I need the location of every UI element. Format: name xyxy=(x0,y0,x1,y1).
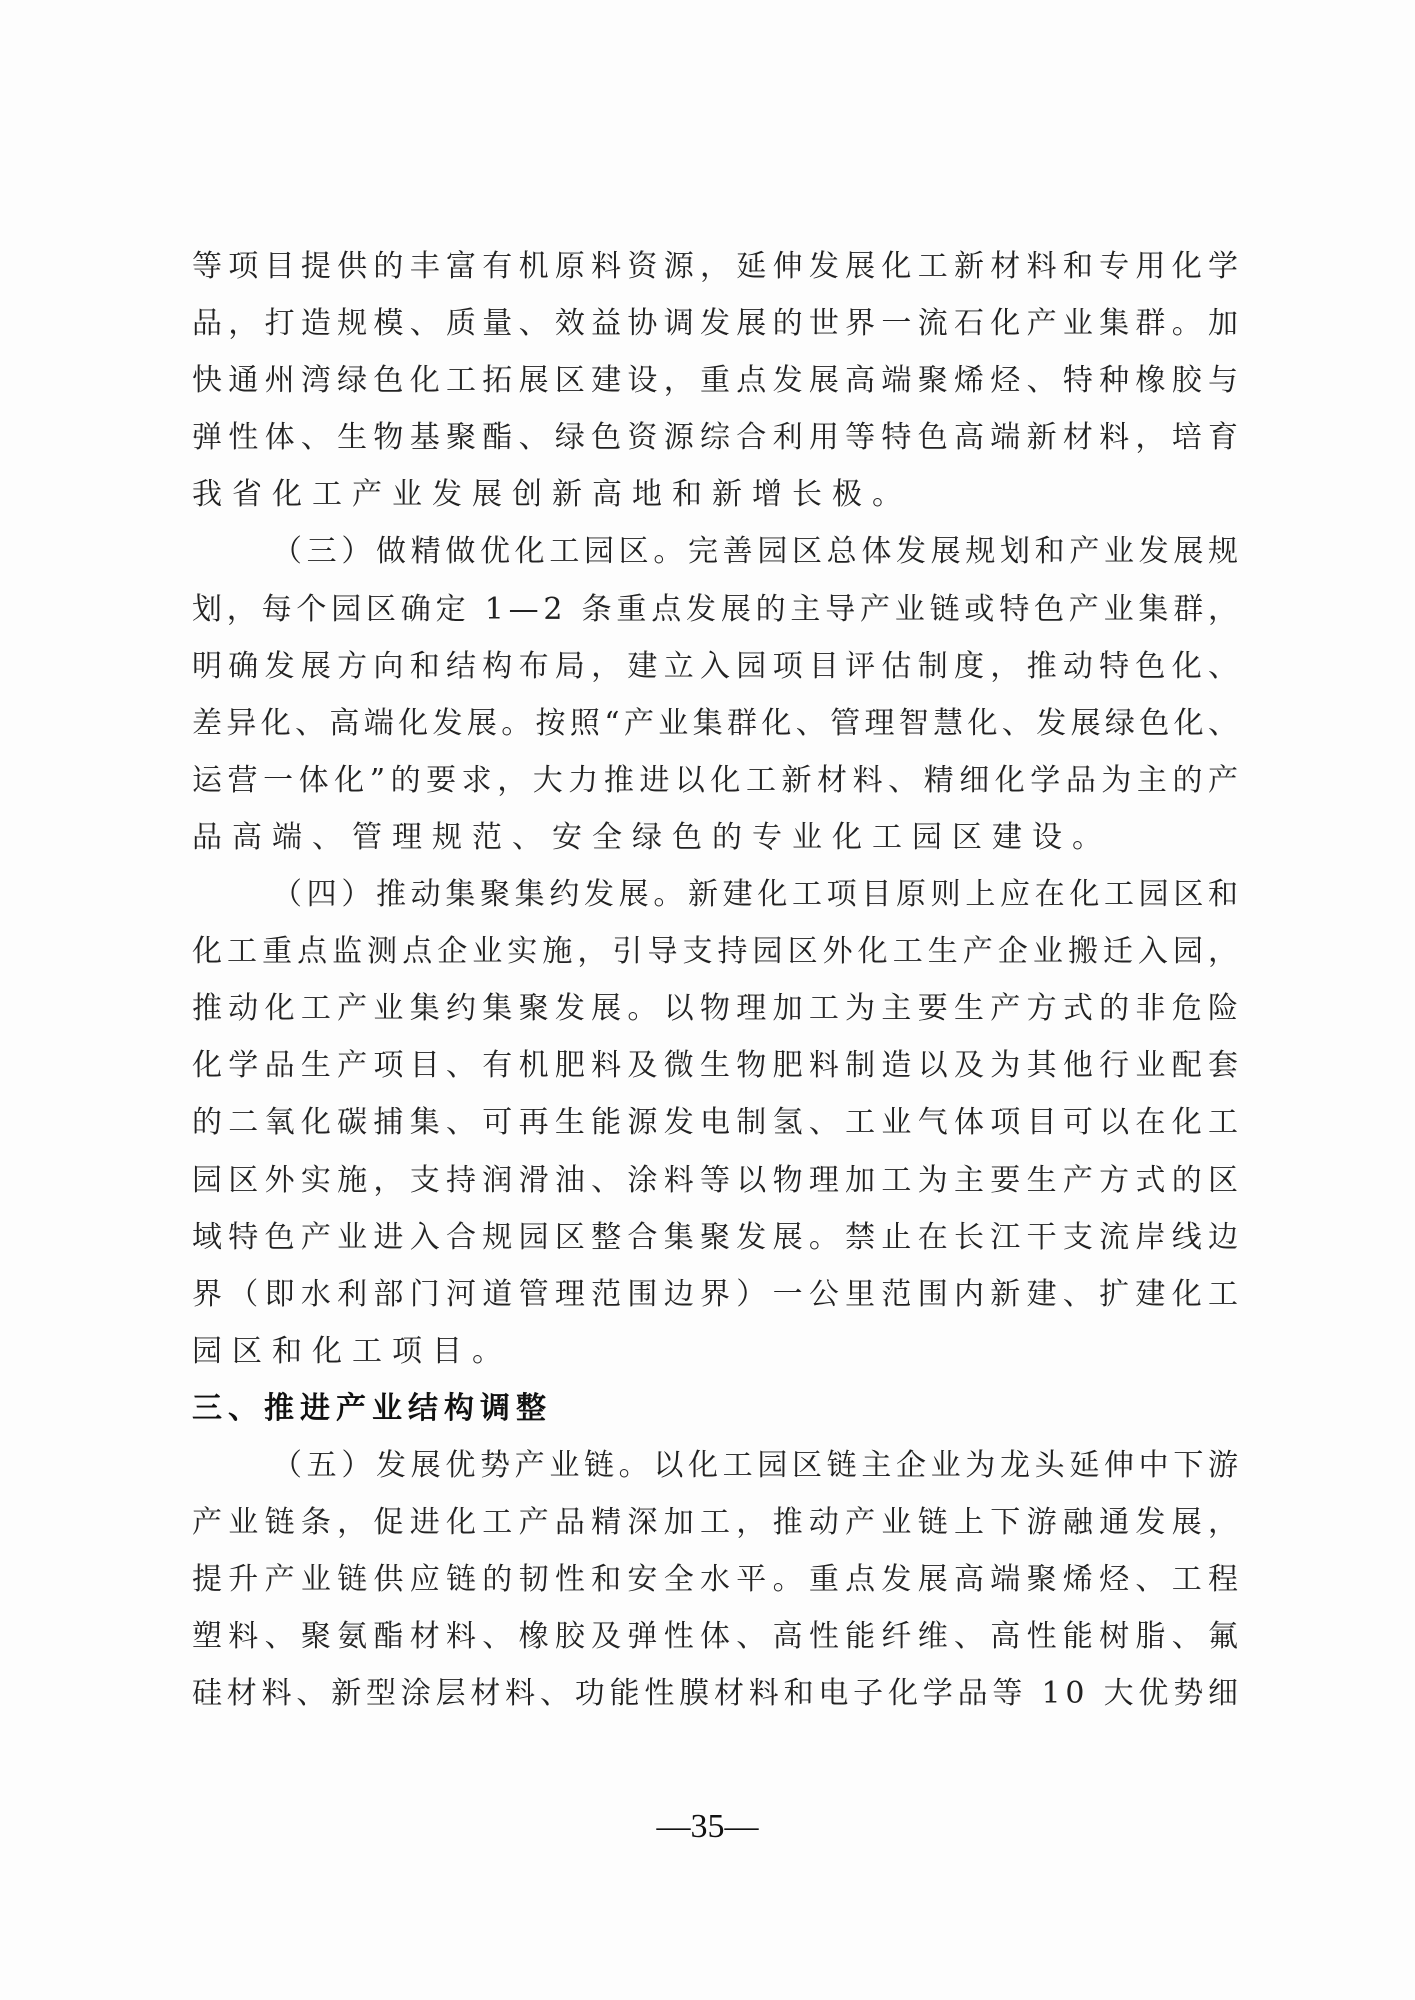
paragraph-line: 等项目提供的丰富有机原料资源，延伸发展化工新材料和专用化学 xyxy=(192,238,1238,295)
paragraph-line: 域特色产业进入合规园区整合集聚发展。禁止在长江干支流岸线边 xyxy=(192,1209,1238,1266)
paragraph-line: 明确发展方向和结构布局，建立入园项目评估制度，推动特色化、 xyxy=(192,638,1238,695)
page-number: —35— xyxy=(0,1808,1415,1846)
paragraph-line: 弹性体、生物基聚酯、绿色资源综合利用等特色高端新材料，培育 xyxy=(192,409,1238,466)
paragraph-line: 化工重点监测点企业实施，引导支持园区外化工生产企业搬迁入园， xyxy=(192,923,1238,980)
paragraph-line-section-3: （三）做精做优化工园区。完善园区总体发展规划和产业发展规 xyxy=(192,523,1238,580)
section-heading: 三、推进产业结构调整 xyxy=(192,1380,1238,1437)
paragraph-line-section-5: （五）发展优势产业链。以化工园区链主企业为龙头延伸中下游 xyxy=(192,1437,1238,1494)
paragraph-line: 品高端、管理规范、安全绿色的专业化工园区建设。 xyxy=(192,809,1238,866)
document-page: 等项目提供的丰富有机原料资源，延伸发展化工新材料和专用化学 品，打造规模、质量、… xyxy=(0,0,1415,2000)
paragraph-line: 我省化工产业发展创新高地和新增长极。 xyxy=(192,466,1238,523)
document-body: 等项目提供的丰富有机原料资源，延伸发展化工新材料和专用化学 品，打造规模、质量、… xyxy=(192,238,1238,1722)
paragraph-line-section-4: （四）推动集聚集约发展。新建化工项目原则上应在化工园区和 xyxy=(192,866,1238,923)
paragraph-line: 差异化、高端化发展。按照“产业集群化、管理智慧化、发展绿色化、 xyxy=(192,695,1238,752)
paragraph-line: 提升产业链供应链的韧性和安全水平。重点发展高端聚烯烃、工程 xyxy=(192,1551,1238,1608)
paragraph-line: 划，每个园区确定 1—2 条重点发展的主导产业链或特色产业集群， xyxy=(192,581,1238,638)
paragraph-line: 塑料、聚氨酯材料、橡胶及弹性体、高性能纤维、高性能树脂、氟 xyxy=(192,1608,1238,1665)
paragraph-line: 快通州湾绿色化工拓展区建设，重点发展高端聚烯烃、特种橡胶与 xyxy=(192,352,1238,409)
paragraph-line: 界（即水利部门河道管理范围边界）一公里范围内新建、扩建化工 xyxy=(192,1266,1238,1323)
paragraph-line: 产业链条，促进化工产品精深加工，推动产业链上下游融通发展， xyxy=(192,1494,1238,1551)
paragraph-line: 化学品生产项目、有机肥料及微生物肥料制造以及为其他行业配套 xyxy=(192,1037,1238,1094)
paragraph-line: 的二氧化碳捕集、可再生能源发电制氢、工业气体项目可以在化工 xyxy=(192,1094,1238,1151)
paragraph-line: 园区和化工项目。 xyxy=(192,1323,1238,1380)
paragraph-line: 硅材料、新型涂层材料、功能性膜材料和电子化学品等 10 大优势细 xyxy=(192,1665,1238,1722)
paragraph-line: 推动化工产业集约集聚发展。以物理加工为主要生产方式的非危险 xyxy=(192,980,1238,1037)
paragraph-line: 品，打造规模、质量、效益协调发展的世界一流石化产业集群。加 xyxy=(192,295,1238,352)
paragraph-line: 园区外实施，支持润滑油、涂料等以物理加工为主要生产方式的区 xyxy=(192,1152,1238,1209)
paragraph-line: 运营一体化”的要求，大力推进以化工新材料、精细化学品为主的产 xyxy=(192,752,1238,809)
